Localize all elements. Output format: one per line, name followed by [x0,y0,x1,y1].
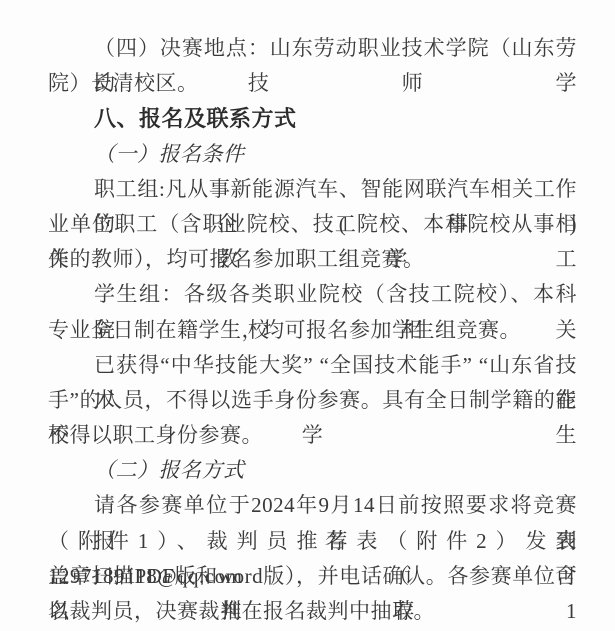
text-line: 盖章扫描PDF版和word版），并电话确认。各参赛单位可以推荐1 [48,559,577,594]
text-line: 职工组:凡从事新能源汽车、智能网联汽车相关工作的企(事) [48,172,577,207]
text-line: 手”的人员，不得以选手身份参赛。具有全日制学籍的在校学生 [48,383,577,418]
text-line: （四）决赛地点：山东劳动职业技术学院（山东劳动技师学 [48,31,577,66]
subsection-heading: （一）报名条件 [48,137,577,172]
text-line: 请各参赛单位于2024年9月14日前按照要求将竞赛报名表 [48,488,577,523]
document-page: （四）决赛地点：山东劳动职业技术学院（山东劳动技师学院）长清校区。八、报名及联系… [0,0,615,631]
document-text: （四）决赛地点：山东劳动职业技术学院（山东劳动技师学院）长清校区。八、报名及联系… [48,31,577,629]
text-line: 专业全日制在籍学生，均可报名参加学生组竞赛。 [48,313,577,348]
section-heading: 八、报名及联系方式 [48,101,577,136]
text-line: 学生组：各级各类职业院校（含技工院校）、本科院校相关 [48,277,577,312]
text-line: （附件1）、裁判员推荐表（附件2）发到1297189118@qq.com（含 [48,524,577,559]
text-line: 业单位职工（含职业院校、技工院校、本科院校从事相关教学工 [48,207,577,242]
subsection-heading: （二）报名方式 [48,453,577,488]
text-line: 已获得“中华技能大奖” “全国技术能手” “山东省技术能 [48,348,577,383]
